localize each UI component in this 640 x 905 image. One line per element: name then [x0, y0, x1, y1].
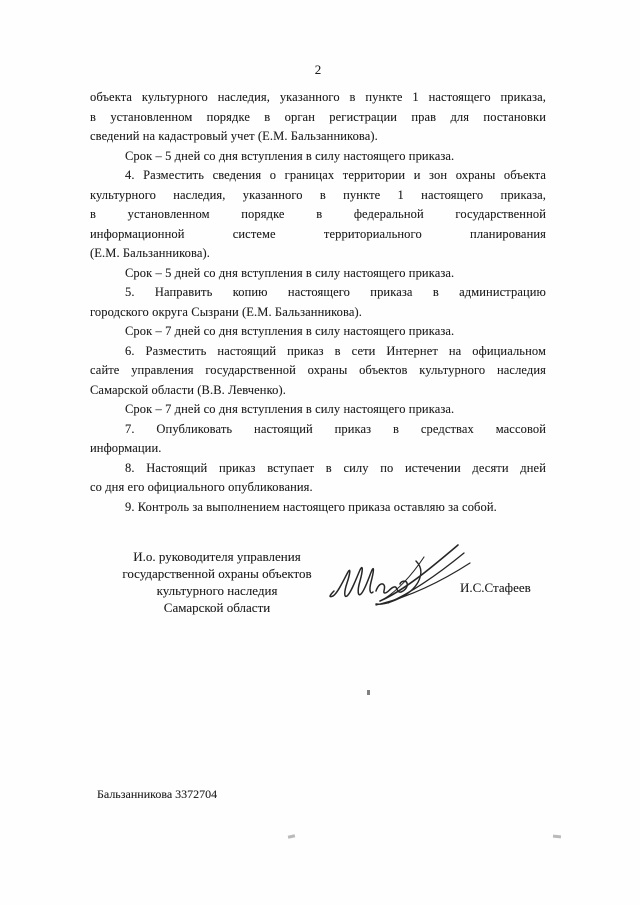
document-body: объекта культурного наследия, указанного… [90, 88, 546, 517]
text-line: городского округа Сызрани (Е.М. Бальзанн… [90, 303, 546, 323]
signature-title-block: И.о. руководителя управления государстве… [102, 548, 332, 616]
handwritten-signature-icon [320, 535, 480, 625]
text-line: Самарской области (В.В. Левченко). [90, 381, 546, 401]
paragraph: Срок – 5 дней со дня вступления в силу н… [90, 264, 546, 284]
text-line: со дня его официального опубликования. [90, 478, 546, 498]
scan-artifact [288, 834, 295, 838]
signature-title-line: И.о. руководителя управления [102, 548, 332, 565]
text-line: (Е.М. Бальзанникова). [90, 244, 546, 264]
scan-artifact [553, 835, 561, 839]
signature-title-line: культурного наследия [102, 582, 332, 599]
text-line: 7. Опубликовать настоящий приказ в средс… [90, 420, 546, 440]
text-line: 5. Направить копию настоящего приказа в … [90, 283, 546, 303]
text-line: 9. Контроль за выполнением настоящего пр… [90, 498, 546, 518]
text-line: 4. Разместить сведения о границах террит… [90, 166, 546, 186]
paragraph: 7. Опубликовать настоящий приказ в средс… [90, 420, 546, 459]
signature-title-line: государственной охраны объектов [102, 565, 332, 582]
signature-title-line: Самарской области [102, 599, 332, 616]
paragraph: Срок – 5 дней со дня вступления в силу н… [90, 147, 546, 167]
paragraph: 5. Направить копию настоящего приказа в … [90, 283, 546, 322]
text-line: объекта культурного наследия, указанного… [90, 88, 546, 108]
paragraph: Срок – 7 дней со дня вступления в силу н… [90, 322, 546, 342]
signer-name: И.С.Стафеев [460, 580, 531, 596]
text-line: Срок – 5 дней со дня вступления в силу н… [90, 264, 546, 284]
text-line: 6. Разместить настоящий приказ в сети Ин… [90, 342, 546, 362]
text-line: сведений на кадастровый учет (Е.М. Бальз… [90, 127, 546, 147]
text-line: Срок – 5 дней со дня вступления в силу н… [90, 147, 546, 167]
paragraph: 9. Контроль за выполнением настоящего пр… [90, 498, 546, 518]
page-number: 2 [90, 62, 546, 78]
text-line: в установленном порядке в федеральной го… [90, 205, 546, 225]
scan-artifact [367, 690, 370, 695]
text-line: информации. [90, 439, 546, 459]
text-line: информационной системе территориального … [90, 225, 546, 245]
text-line: культурного наследия, указанного в пункт… [90, 186, 546, 206]
paragraph: объекта культурного наследия, указанного… [90, 88, 546, 147]
document-page: 2 объекта культурного наследия, указанно… [0, 0, 640, 905]
text-line: Срок – 7 дней со дня вступления в силу н… [90, 322, 546, 342]
text-line: 8. Настоящий приказ вступает в силу по и… [90, 459, 546, 479]
text-line: Срок – 7 дней со дня вступления в силу н… [90, 400, 546, 420]
paragraph: 8. Настоящий приказ вступает в силу по и… [90, 459, 546, 498]
text-line: сайте управления государственной охраны … [90, 361, 546, 381]
paragraph: 6. Разместить настоящий приказ в сети Ин… [90, 342, 546, 401]
executor-contact: Бальзанникова 3372704 [97, 787, 217, 802]
paragraph: Срок – 7 дней со дня вступления в силу н… [90, 400, 546, 420]
paragraph: 4. Разместить сведения о границах террит… [90, 166, 546, 264]
text-line: в установленном порядке в орган регистра… [90, 108, 546, 128]
